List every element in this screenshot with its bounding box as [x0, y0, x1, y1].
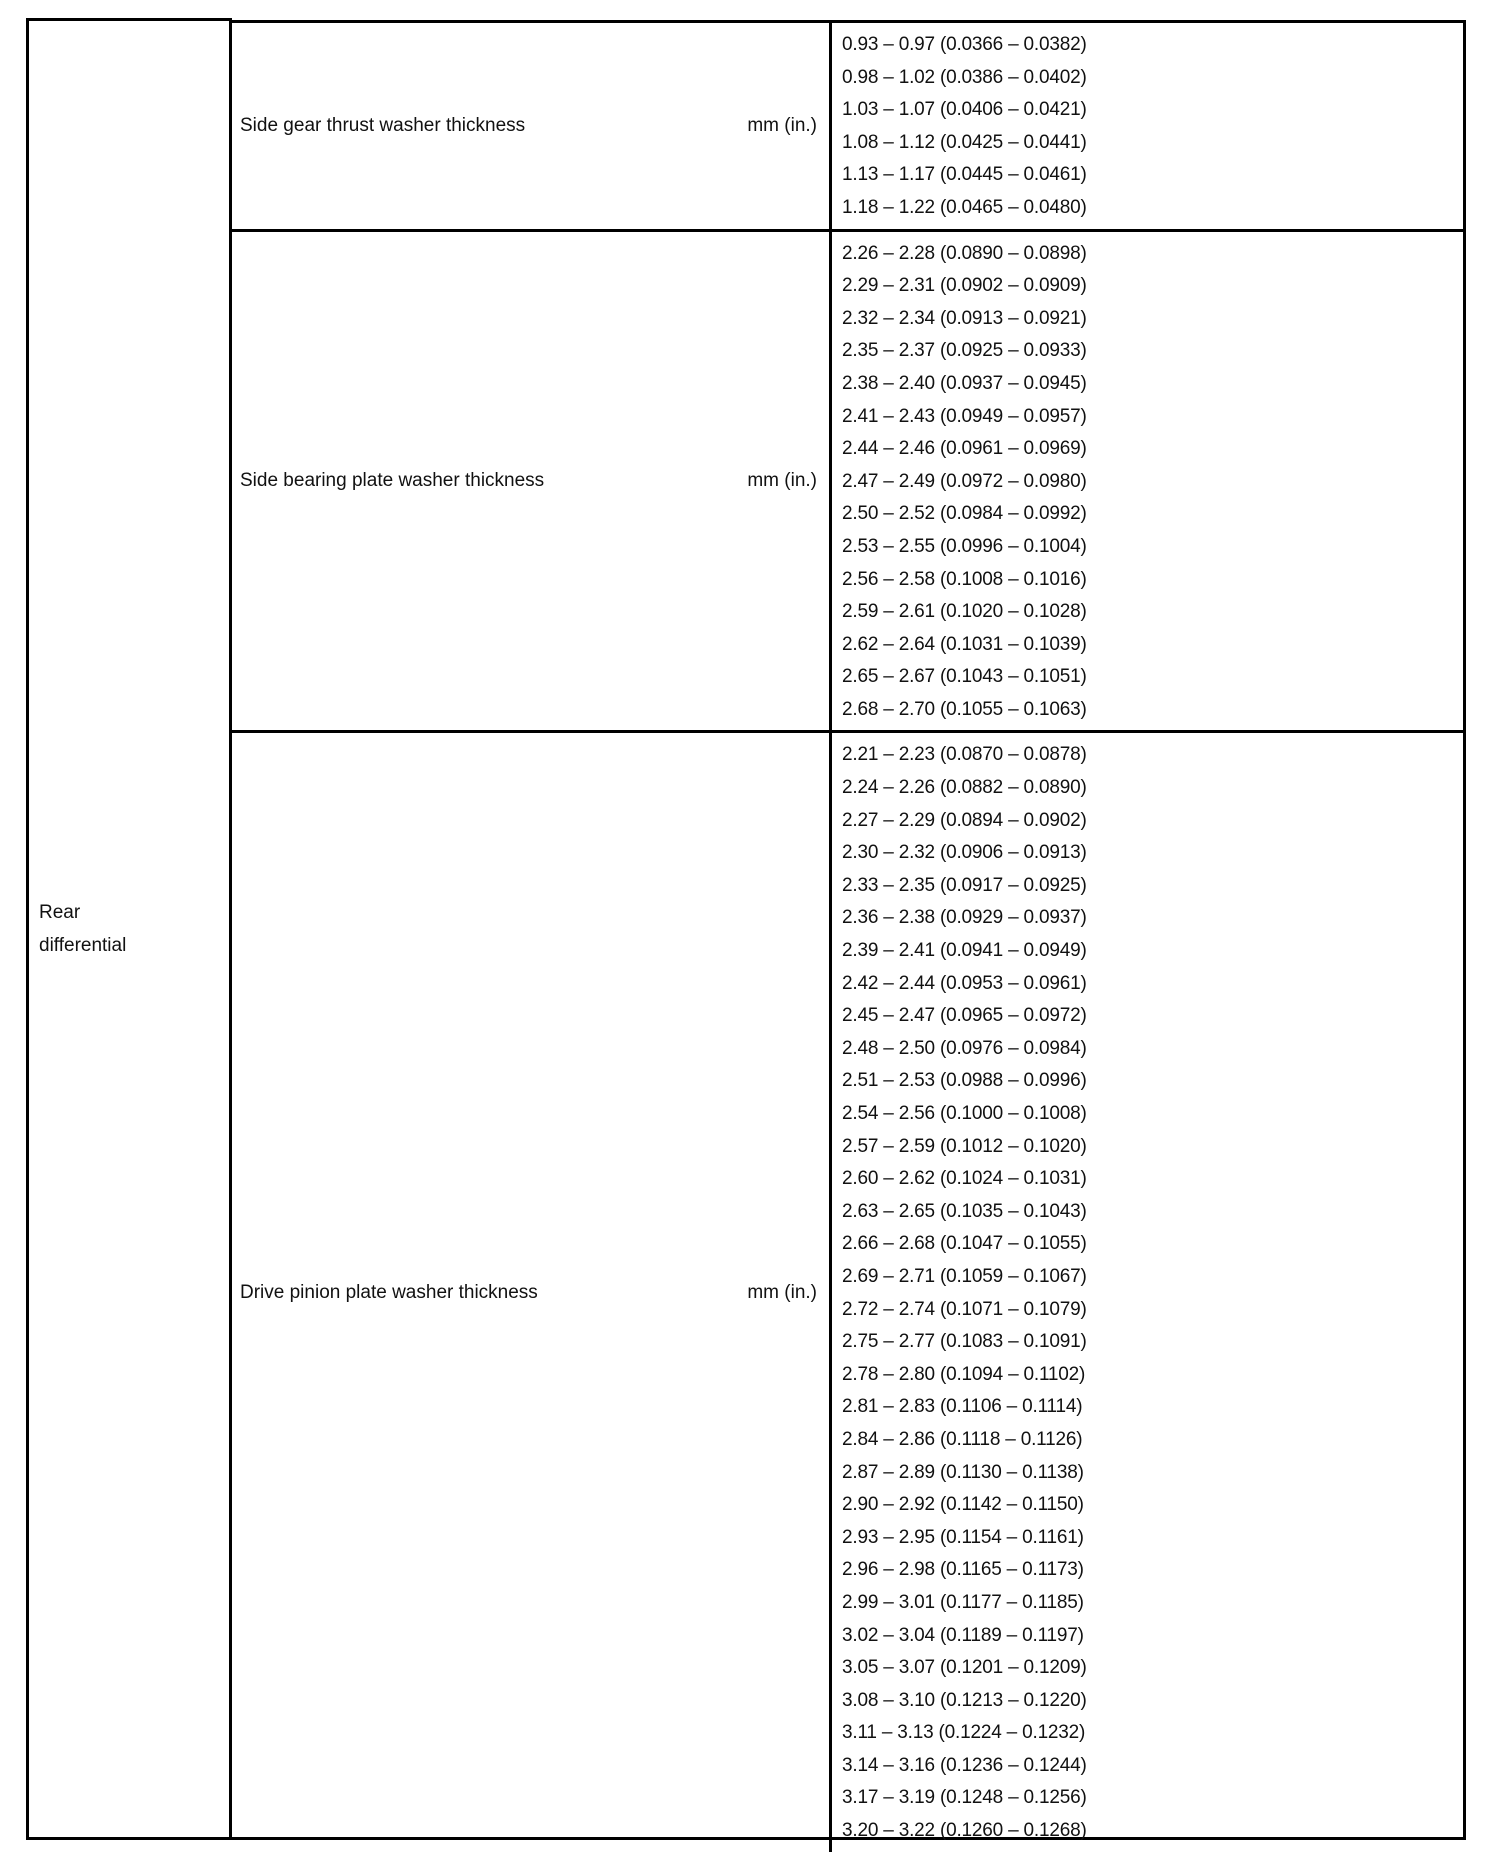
items-column: Side gear thrust washer thickness mm (in…: [232, 20, 1466, 1840]
value-row: 1.08 – 1.12 (0.0425 – 0.0441): [842, 127, 1463, 160]
section-label-cell: Side bearing plate washer thickness mm (…: [232, 232, 832, 731]
value-row: 2.39 – 2.41 (0.0941 – 0.0949): [842, 935, 1463, 968]
value-row: 2.68 – 2.70 (0.1055 – 0.1063): [842, 694, 1463, 727]
value-row: 0.93 – 0.97 (0.0366 – 0.0382): [842, 29, 1463, 62]
category-label: Rear differential: [39, 896, 126, 962]
section-label-cell: Drive pinion plate washer thickness mm (…: [232, 733, 832, 1851]
value-row: 2.51 – 2.53 (0.0988 – 0.0996): [842, 1065, 1463, 1098]
value-row: 2.24 – 2.26 (0.0882 – 0.0890): [842, 772, 1463, 805]
value-row: 2.54 – 2.56 (0.1000 – 0.1008): [842, 1098, 1463, 1131]
value-row: 2.44 – 2.46 (0.0961 – 0.0969): [842, 433, 1463, 466]
value-row: 2.96 – 2.98 (0.1165 – 0.1173): [842, 1554, 1463, 1587]
value-row: 2.84 – 2.86 (0.1118 – 0.1126): [842, 1424, 1463, 1457]
value-row: 2.78 – 2.80 (0.1094 – 0.1102): [842, 1359, 1463, 1392]
category-cell: Rear differential: [26, 18, 232, 1840]
value-row: 2.56 – 2.58 (0.1008 – 0.1016): [842, 564, 1463, 597]
value-row: 2.30 – 2.32 (0.0906 – 0.0913): [842, 837, 1463, 870]
section-name: Drive pinion plate washer thickness: [240, 1282, 538, 1304]
value-row: 2.65 – 2.67 (0.1043 – 0.1051): [842, 661, 1463, 694]
value-row: 3.14 – 3.16 (0.1236 – 0.1244): [842, 1750, 1463, 1783]
value-row: 2.93 – 2.95 (0.1154 – 0.1161): [842, 1522, 1463, 1555]
value-row: 2.42 – 2.44 (0.0953 – 0.0961): [842, 968, 1463, 1001]
value-row: 2.26 – 2.28 (0.0890 – 0.0898): [842, 238, 1463, 271]
value-row: 2.36 – 2.38 (0.0929 – 0.0937): [842, 902, 1463, 935]
section-unit: mm (in.): [747, 470, 817, 492]
value-row: 2.27 – 2.29 (0.0894 – 0.0902): [842, 805, 1463, 838]
value-row: 2.29 – 2.31 (0.0902 – 0.0909): [842, 270, 1463, 303]
value-row: 3.20 – 3.22 (0.1260 – 0.1268): [842, 1815, 1463, 1848]
section-values: 2.21 – 2.23 (0.0870 – 0.0878)2.24 – 2.26…: [832, 733, 1463, 1851]
section-drive-pinion-plate-washer: Drive pinion plate washer thickness mm (…: [232, 733, 1463, 1851]
value-row: 2.48 – 2.50 (0.0976 – 0.0984): [842, 1033, 1463, 1066]
value-row: 2.87 – 2.89 (0.1130 – 0.1138): [842, 1457, 1463, 1490]
value-row: 3.08 – 3.10 (0.1213 – 0.1220): [842, 1685, 1463, 1718]
value-row: 3.05 – 3.07 (0.1201 – 0.1209): [842, 1652, 1463, 1685]
value-row: 2.60 – 2.62 (0.1024 – 0.1031): [842, 1163, 1463, 1196]
value-row: 3.11 – 3.13 (0.1224 – 0.1232): [842, 1717, 1463, 1750]
value-row: 1.03 – 1.07 (0.0406 – 0.0421): [842, 94, 1463, 127]
section-unit: mm (in.): [747, 115, 817, 137]
value-row: 2.45 – 2.47 (0.0965 – 0.0972): [842, 1000, 1463, 1033]
value-row: 2.62 – 2.64 (0.1031 – 0.1039): [842, 629, 1463, 662]
value-row: 2.33 – 2.35 (0.0917 – 0.0925): [842, 870, 1463, 903]
section-side-bearing-plate-washer: Side bearing plate washer thickness mm (…: [232, 232, 1463, 734]
value-row: 0.98 – 1.02 (0.0386 – 0.0402): [842, 62, 1463, 95]
value-row: 3.02 – 3.04 (0.1189 – 0.1197): [842, 1620, 1463, 1653]
value-row: 2.63 – 2.65 (0.1035 – 0.1043): [842, 1196, 1463, 1229]
category-label-line1: Rear: [39, 896, 126, 929]
value-row: 3.17 – 3.19 (0.1248 – 0.1256): [842, 1782, 1463, 1815]
value-row: 2.21 – 2.23 (0.0870 – 0.0878): [842, 739, 1463, 772]
value-row: 2.50 – 2.52 (0.0984 – 0.0992): [842, 498, 1463, 531]
value-row: 2.66 – 2.68 (0.1047 – 0.1055): [842, 1228, 1463, 1261]
value-row: 2.75 – 2.77 (0.1083 – 0.1091): [842, 1326, 1463, 1359]
section-label-cell: Side gear thrust washer thickness mm (in…: [232, 23, 832, 229]
value-row: 2.81 – 2.83 (0.1106 – 0.1114): [842, 1391, 1463, 1424]
section-name: Side gear thrust washer thickness: [240, 115, 525, 137]
value-row: 1.13 – 1.17 (0.0445 – 0.0461): [842, 159, 1463, 192]
value-row: 2.35 – 2.37 (0.0925 – 0.0933): [842, 335, 1463, 368]
value-row: 2.41 – 2.43 (0.0949 – 0.0957): [842, 401, 1463, 434]
value-row: 2.32 – 2.34 (0.0913 – 0.0921): [842, 303, 1463, 336]
section-values: 0.93 – 0.97 (0.0366 – 0.0382)0.98 – 1.02…: [832, 23, 1463, 229]
value-row: 2.90 – 2.92 (0.1142 – 0.1150): [842, 1489, 1463, 1522]
category-label-line2: differential: [39, 929, 126, 962]
value-row: 1.18 – 1.22 (0.0465 – 0.0480): [842, 192, 1463, 225]
value-row: 2.69 – 2.71 (0.1059 – 0.1067): [842, 1261, 1463, 1294]
section-values: 2.26 – 2.28 (0.0890 – 0.0898)2.29 – 2.31…: [832, 232, 1463, 731]
value-row: 2.57 – 2.59 (0.1012 – 0.1020): [842, 1131, 1463, 1164]
section-name: Side bearing plate washer thickness: [240, 470, 544, 492]
section-unit: mm (in.): [747, 1282, 817, 1304]
spec-table: Rear differential Side gear thrust washe…: [26, 18, 1466, 1840]
section-side-gear-thrust-washer: Side gear thrust washer thickness mm (in…: [232, 23, 1463, 232]
value-row: 2.38 – 2.40 (0.0937 – 0.0945): [842, 368, 1463, 401]
value-row: 2.72 – 2.74 (0.1071 – 0.1079): [842, 1294, 1463, 1327]
value-row: 2.47 – 2.49 (0.0972 – 0.0980): [842, 466, 1463, 499]
value-row: 2.53 – 2.55 (0.0996 – 0.1004): [842, 531, 1463, 564]
value-row: 2.59 – 2.61 (0.1020 – 0.1028): [842, 596, 1463, 629]
value-row: 2.99 – 3.01 (0.1177 – 0.1185): [842, 1587, 1463, 1620]
